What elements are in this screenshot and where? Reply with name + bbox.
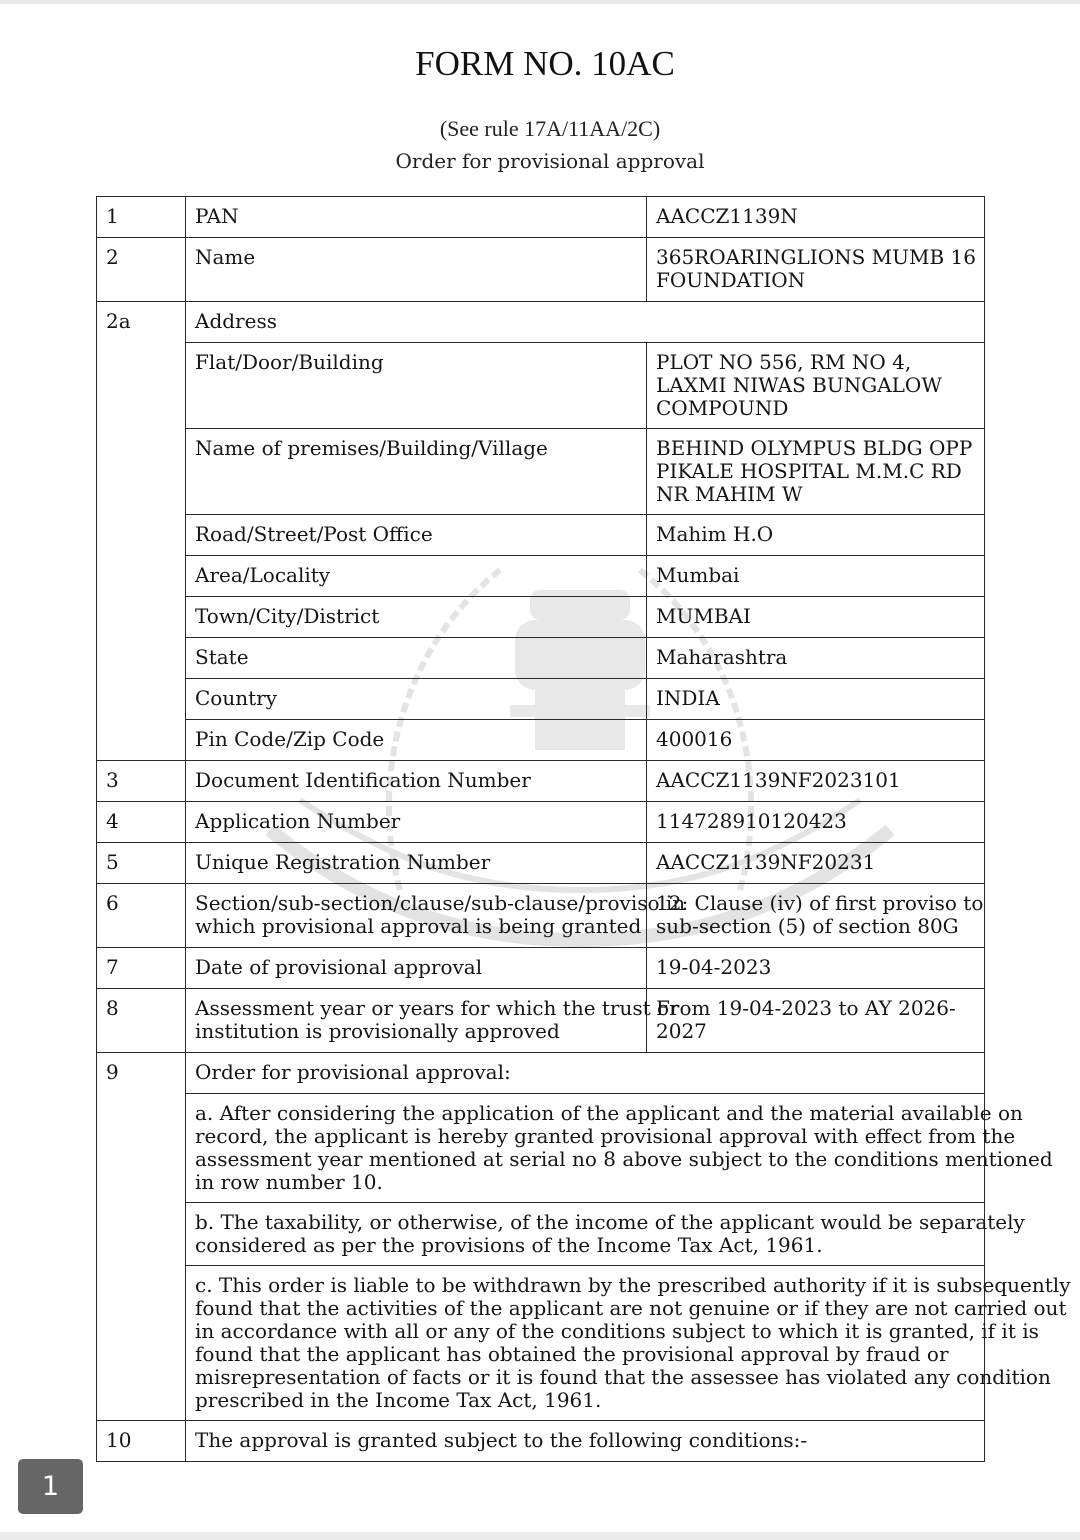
row-number: 2 — [97, 238, 186, 302]
order-paragraph-c: c. This order is liable to be withdrawn … — [97, 1266, 985, 1421]
row-label: Section/sub-section/clause/sub-clause/pr… — [186, 884, 647, 948]
table-row-assessment-years: 8 Assessment year or years for which the… — [97, 989, 985, 1053]
assessment-years-value: From 19-04-2023 to AY 2026- 2027 — [647, 989, 985, 1053]
table-row-section: 6 Section/sub-section/clause/sub-clause/… — [97, 884, 985, 948]
address-label: Area/Locality — [186, 556, 647, 597]
table-row-approval-date: 7 Date of provisional approval 19-04-202… — [97, 948, 985, 989]
table-row-name: 2 Name 365ROARINGLIONS MUMB 16 FOUNDATIO… — [97, 238, 985, 302]
urn-value: AACCZ1139NF20231 — [647, 843, 985, 884]
address-row-road: Road/Street/Post Office Mahim H.O — [97, 515, 985, 556]
row-number: 5 — [97, 843, 186, 884]
order-paragraph: b. The taxability, or otherwise, of the … — [186, 1203, 985, 1266]
table-row-conditions: 10 The approval is granted subject to th… — [97, 1421, 985, 1462]
address-label: Road/Street/Post Office — [186, 515, 647, 556]
address-value: PLOT NO 556, RM NO 4, LAXMI NIWAS BUNGAL… — [647, 343, 985, 429]
row-number: 8 — [97, 989, 186, 1053]
row-label: Assessment year or years for which the t… — [186, 989, 647, 1053]
address-row-area: Area/Locality Mumbai — [97, 556, 985, 597]
form-table: 1 PAN AACCZ1139N 2 Name 365ROARINGLIONS … — [96, 196, 985, 1462]
din-value: AACCZ1139NF2023101 — [647, 761, 985, 802]
address-row-town: Town/City/District MUMBAI — [97, 597, 985, 638]
name-value: 365ROARINGLIONS MUMB 16 FOUNDATION — [647, 238, 985, 302]
order-paragraph-a: a. After considering the application of … — [97, 1094, 985, 1203]
address-row-country: Country INDIA — [97, 679, 985, 720]
section-value: 12: Clause (iv) of first proviso to sub-… — [647, 884, 985, 948]
order-paragraph: a. After considering the application of … — [186, 1094, 985, 1203]
table-row-urn: 5 Unique Registration Number AACCZ1139NF… — [97, 843, 985, 884]
address-row-flat: Flat/Door/Building PLOT NO 556, RM NO 4,… — [97, 343, 985, 429]
address-value: Maharashtra — [647, 638, 985, 679]
row-number: 3 — [97, 761, 186, 802]
address-value: Mahim H.O — [647, 515, 985, 556]
address-label: State — [186, 638, 647, 679]
address-label: Name of premises/Building/Village — [186, 429, 647, 515]
application-number-value: 114728910120423 — [647, 802, 985, 843]
form-subtitle: Order for provisional approval — [0, 149, 1080, 173]
row-number: 7 — [97, 948, 186, 989]
approval-date-value: 19-04-2023 — [647, 948, 985, 989]
row-number: 1 — [97, 197, 186, 238]
table-row-pan: 1 PAN AACCZ1139N — [97, 197, 985, 238]
address-value: 400016 — [647, 720, 985, 761]
viewer-top-edge — [0, 0, 1080, 4]
row-label: The approval is granted subject to the f… — [186, 1421, 985, 1462]
address-value: Mumbai — [647, 556, 985, 597]
row-label: Order for provisional approval: — [186, 1053, 985, 1094]
table-row-address-header: 2a Address — [97, 302, 985, 343]
address-row-pincode: Pin Code/Zip Code 400016 — [97, 720, 985, 761]
address-label: Pin Code/Zip Code — [186, 720, 647, 761]
table-row-application-number: 4 Application Number 114728910120423 — [97, 802, 985, 843]
row-label: Unique Registration Number — [186, 843, 647, 884]
order-paragraph-b: b. The taxability, or otherwise, of the … — [97, 1203, 985, 1266]
address-row-state: State Maharashtra — [97, 638, 985, 679]
row-number: 2a — [97, 302, 186, 761]
address-row-premises: Name of premises/Building/Village BEHIND… — [97, 429, 985, 515]
address-label: Country — [186, 679, 647, 720]
row-number: 9 — [97, 1053, 186, 1421]
form-title: FORM NO. 10AC — [0, 44, 1080, 84]
address-value: BEHIND OLYMPUS BLDG OPP PIKALE HOSPITAL … — [647, 429, 985, 515]
viewer-bottom-edge — [0, 1532, 1080, 1540]
rule-reference: (See rule 17A/11AA/2C) — [0, 116, 1080, 142]
table-row-order: 9 Order for provisional approval: — [97, 1053, 985, 1094]
row-number: 6 — [97, 884, 186, 948]
table-row-din: 3 Document Identification Number AACCZ11… — [97, 761, 985, 802]
address-value: INDIA — [647, 679, 985, 720]
row-label: Address — [186, 302, 985, 343]
row-label: Application Number — [186, 802, 647, 843]
address-label: Flat/Door/Building — [186, 343, 647, 429]
row-label: PAN — [186, 197, 647, 238]
order-paragraph: c. This order is liable to be withdrawn … — [186, 1266, 985, 1421]
row-label: Name — [186, 238, 647, 302]
row-number: 4 — [97, 802, 186, 843]
page-number-badge[interactable]: 1 — [18, 1459, 83, 1514]
row-number: 10 — [97, 1421, 186, 1462]
row-label: Date of provisional approval — [186, 948, 647, 989]
pan-value: AACCZ1139N — [647, 197, 985, 238]
address-value: MUMBAI — [647, 597, 985, 638]
address-label: Town/City/District — [186, 597, 647, 638]
row-label: Document Identification Number — [186, 761, 647, 802]
